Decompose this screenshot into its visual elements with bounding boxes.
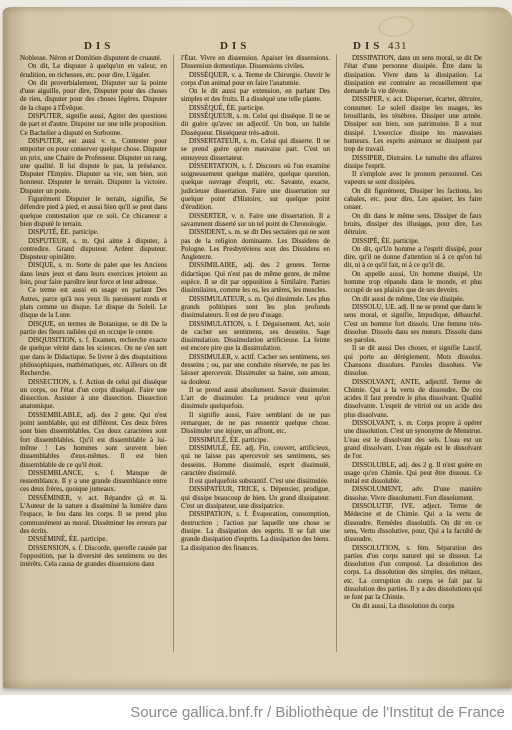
dictionary-paragraph: On dit aussi de même, Une vie dissipée. <box>344 295 482 303</box>
book-page-scan: DIS DIS DIS 431 Noblesse. Néron et Domit… <box>3 7 512 688</box>
dictionary-paragraph: DISPUTÉ, ÉE. participe. <box>20 228 167 236</box>
dictionary-paragraph: DISSOLUTION, s. fém. Séparation des part… <box>344 544 482 602</box>
dictionary-paragraph: DISSECTION, s. f. Action de celui qui di… <box>20 378 167 411</box>
gallica-attribution-bar: Source gallica.bnf.fr / Bibliothèque de … <box>0 695 512 730</box>
dictionary-paragraph: DISSOLUTIF, IVE. adject. Terme de Médeci… <box>344 502 482 543</box>
page-number: 431 <box>388 40 408 52</box>
dictionary-paragraph: DISSÉQUÉ, ÉE. participe. <box>181 104 330 112</box>
dictionary-paragraph: Il se dit aussi Des choses, et signifie … <box>344 344 482 377</box>
dictionary-paragraph: DISSEMBLABLE, adj. des 2 genr. Qui n'est… <box>20 411 167 469</box>
dictionary-paragraph: On dit, qu'Un homme a l'esprit dissipé, … <box>344 245 482 270</box>
dictionary-paragraph: DISSEMBLANCE, s. f. Manque de ressemblan… <box>20 469 167 494</box>
running-head-left: DIS <box>84 40 114 52</box>
paper-fox-spot <box>420 223 427 229</box>
dictionary-paragraph: DISSIMULATION, s. f. Déguisement. Art, s… <box>181 320 330 353</box>
dictionary-paragraph: On dit, Le disputer à quelqu'un en valeu… <box>20 62 167 79</box>
text-column-3: DISSIPATION, dans un sens moral, se dit … <box>336 54 482 652</box>
dictionary-paragraph: DISSIMULATEUR, s. m. Qui dissimule. Les … <box>181 295 330 320</box>
dictionary-paragraph: Ce terme est aussi en usage en parlant D… <box>20 286 167 319</box>
paper-ring-stain <box>377 14 415 39</box>
dictionary-paragraph: Il signifie aussi, Faire semblant de ne … <box>181 411 330 436</box>
dictionary-paragraph: DISSERTER, v. n. Faire une dissertation.… <box>181 212 330 229</box>
dictionary-paragraph: DISSERTATION, s. f. Discours où l'on exa… <box>181 162 330 212</box>
dictionary-paragraph: DISSOLU, UE. adj. Il ne se prend que dan… <box>344 303 482 344</box>
dictionary-paragraph: DISSIPER, v. act. Disperser, écarter, dé… <box>344 95 482 153</box>
dictionary-paragraph: Figurément Disputer le terrain, signifie… <box>20 195 167 228</box>
dictionary-paragraph: DISPUTER, signifie aussi, Agiter des que… <box>20 112 167 137</box>
dictionary-paragraph: DISSÉMINÉ, ÉE. participe. <box>20 535 167 543</box>
dictionary-paragraph: DISSIMULÉ, ÉE. participe. <box>181 436 330 444</box>
dictionary-paragraph: DISSOLUMENT, adv. D'une manière dissolue… <box>344 485 482 502</box>
dictionary-paragraph: l'État. Vivre en dissension. Apaiser les… <box>181 54 330 71</box>
dictionary-paragraph: DISPUTER, est aussi v. n. Contester pour… <box>20 137 167 195</box>
dictionary-paragraph: DISSIPATION, dans un sens moral, se dit … <box>344 54 482 95</box>
dictionary-paragraph: DISSOLVANT, s. m. Corps propre à opérer … <box>344 419 482 460</box>
running-head-center: DIS <box>220 40 250 52</box>
dictionary-paragraph: DISSENSION, s. f. Discorde, querelle cau… <box>20 544 167 569</box>
dictionary-paragraph: On le dit aussi par extension, en parlan… <box>181 87 330 104</box>
dictionary-paragraph: Il est quelquefois substantif. C'est une… <box>181 477 330 485</box>
dictionary-paragraph: DISSÉQUEUR, s. m. Celui qui dissèque. Il… <box>181 112 330 137</box>
running-head-right: DIS <box>353 40 383 52</box>
dictionary-paragraph: DISSERTATEUR, s. m. Celui qui disserte. … <box>181 137 330 162</box>
dictionary-paragraph: On dit proverbialement, Disputer sur la … <box>20 79 167 112</box>
dictionary-paragraph: DISSÉMINER, v. act. Répandre çà et là. L… <box>20 494 167 535</box>
dictionary-paragraph: Il s'emploie avec le pronom personnel. C… <box>344 170 482 187</box>
dictionary-paragraph: DISSIPER, Distraire. Le tumulte des affa… <box>344 154 482 171</box>
dictionary-paragraph: DISQUE, s. m. Sorte de palet que les Anc… <box>20 261 167 286</box>
dictionary-paragraph: DISSIPATEUR, TRICE, s. Dépensier, prodig… <box>181 485 330 510</box>
text-column-1: Noblesse. Néron et Domitien disputent de… <box>20 54 173 652</box>
text-columns: Noblesse. Néron et Domitien disputent de… <box>20 54 482 652</box>
dictionary-paragraph: DISSIDENT, s. m. se dit Des sectaires qu… <box>181 228 330 261</box>
dictionary-paragraph: Noblesse. Néron et Domitien disputent de… <box>20 54 167 62</box>
dictionary-paragraph: On dit aussi, La dissolution du corps <box>344 602 482 610</box>
dictionary-paragraph: DISSÉQUER, v. a. Terme de Chirurgie. Ouv… <box>181 71 330 88</box>
source-attribution-label: Source gallica.bnf.fr / Bibliothèque de … <box>130 704 505 721</box>
dictionary-paragraph: DISSOLVANT, ANTE, adjectif. Terme de Chi… <box>344 378 482 419</box>
text-column-2: l'État. Vivre en dissension. Apaiser les… <box>173 54 336 652</box>
dictionary-paragraph: DISSIPATION, s. f. Évaporation, consompt… <box>181 510 330 551</box>
dictionary-paragraph: DISSIMULER, v. actif. Cacher ses sentime… <box>181 353 330 386</box>
dictionary-paragraph: DISQUISITION, s. f. Examen, recherche ex… <box>20 336 167 377</box>
dictionary-paragraph: DISSIMULÉ, ÉE. adj. Fin, couvert, artifi… <box>181 444 330 477</box>
dictionary-paragraph: DISSIMILAIRE, adj. des 2 genres. Terme d… <box>181 261 330 294</box>
dictionary-paragraph: DISPUTEUR, s. m. Qui aime à disputer, à … <box>20 237 167 262</box>
dictionary-paragraph: DISQUE, en termes de Botanique, se dit D… <box>20 320 167 337</box>
dictionary-paragraph: On appelle aussi, Un homme dissipé, Un h… <box>344 270 482 295</box>
dictionary-paragraph: On dit figurément, Dissiper les factions… <box>344 187 482 212</box>
dictionary-paragraph: Il se prend aussi absolument. Savoir dis… <box>181 386 330 411</box>
dictionary-paragraph: DISSIPÉ, ÉE. participe. <box>344 237 482 245</box>
dictionary-paragraph: DISSOLUBLE, adj. des 2 g. Il n'est guère… <box>344 461 482 486</box>
dictionary-paragraph: On dit dans le même sens, Dissiper de fa… <box>344 212 482 237</box>
